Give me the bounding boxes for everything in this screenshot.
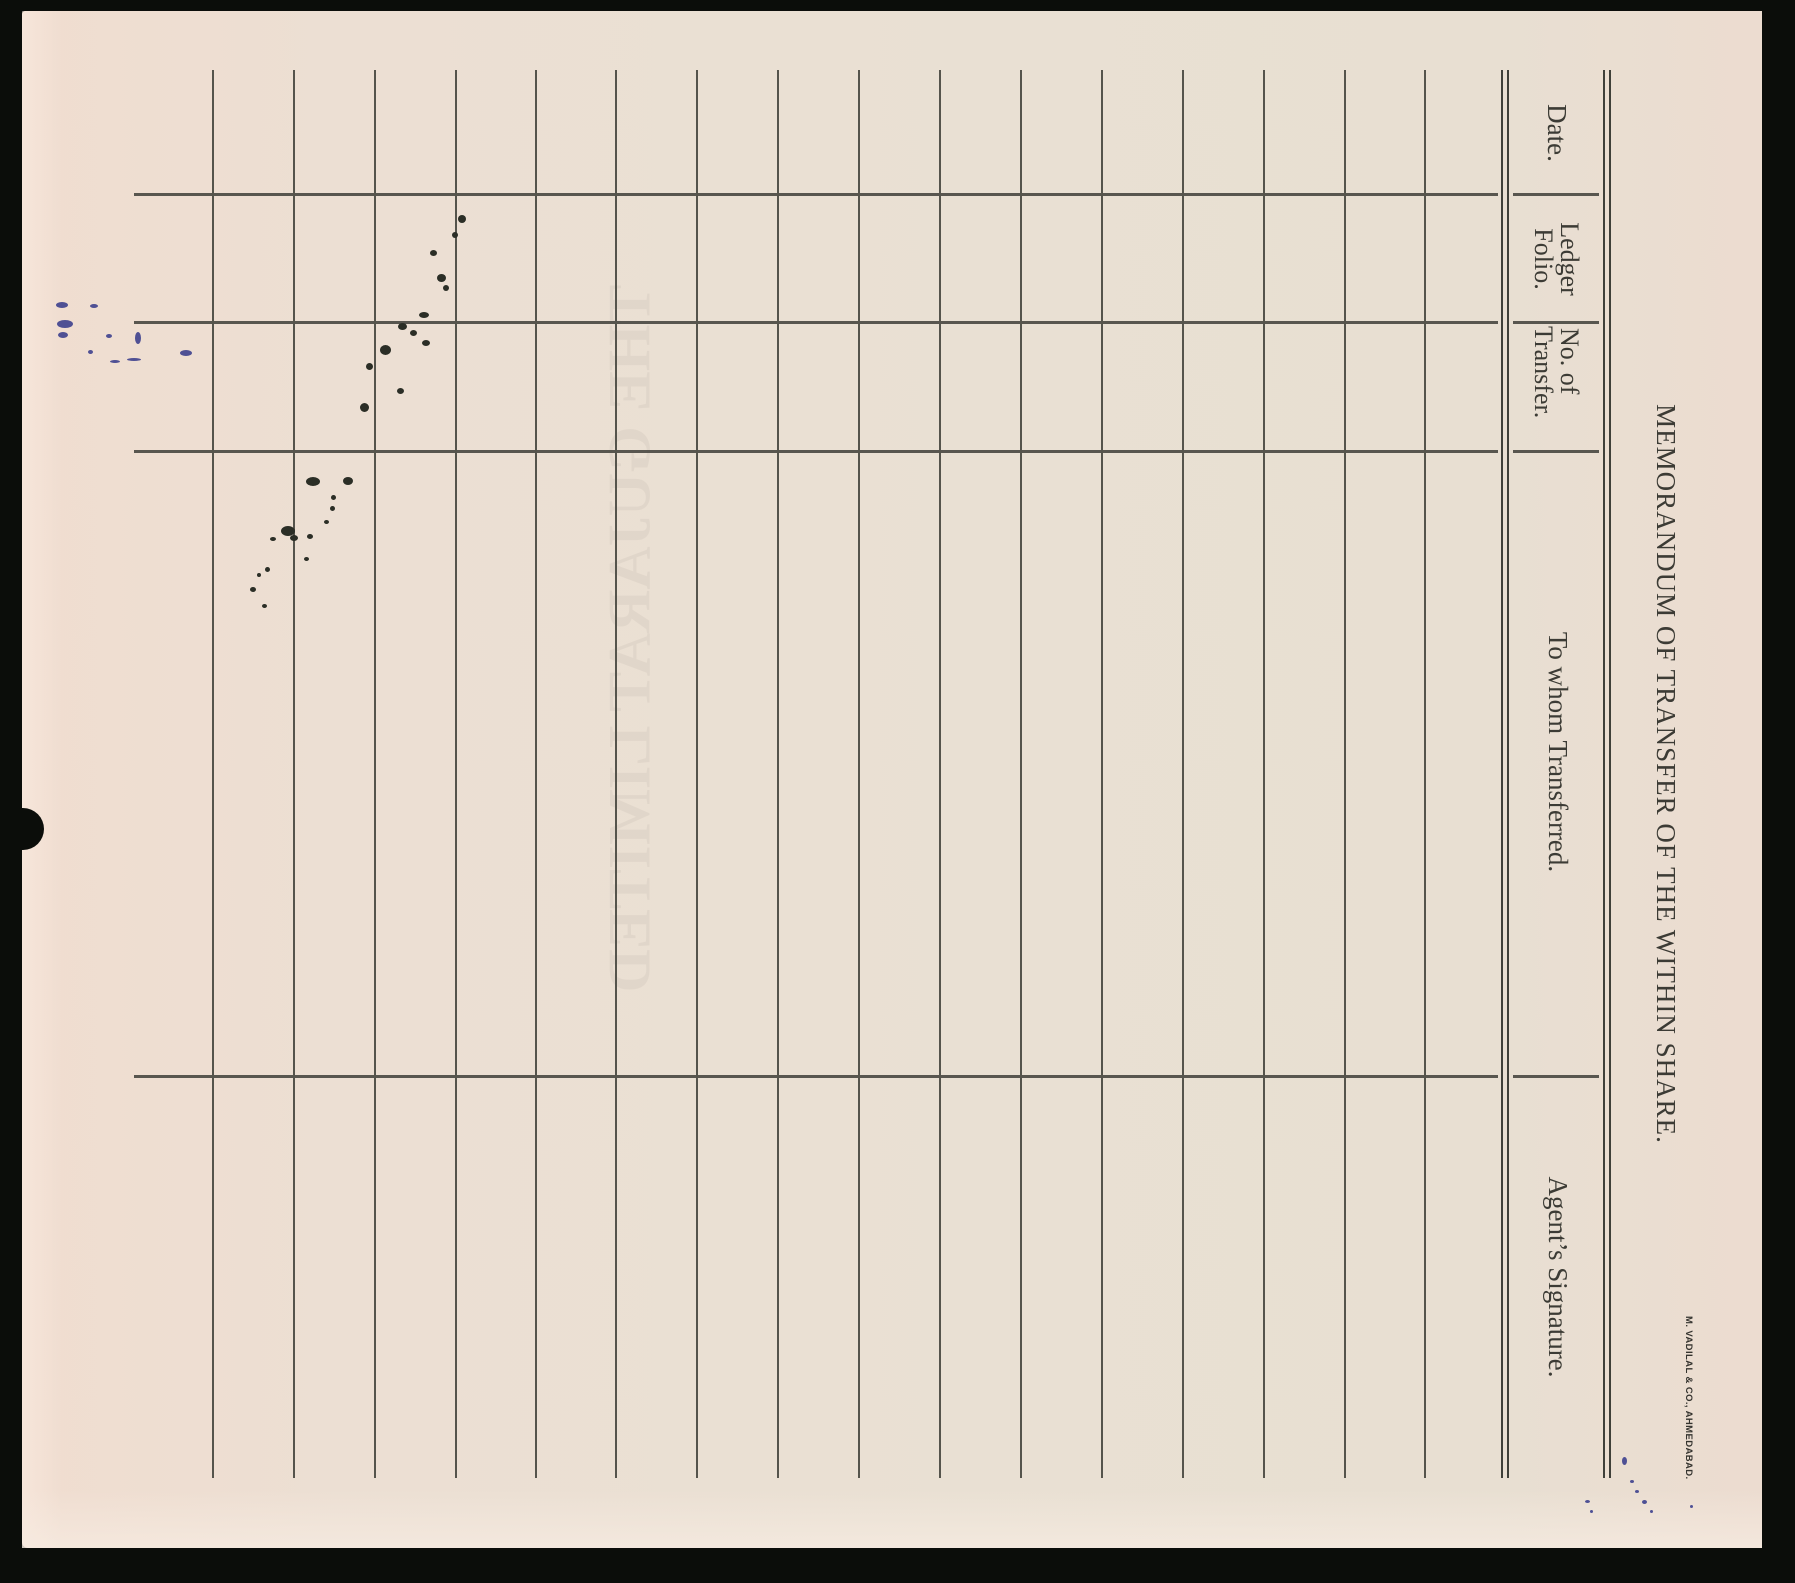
show-through-print: THE GUJARAT LIMITED (596, 285, 665, 1185)
column-header-agent-signature: Agent’s Signature. (1541, 1147, 1571, 1407)
row-rule-2 (134, 321, 1498, 324)
column-header-no-of-transfer: No. of Transfer. (1526, 326, 1582, 446)
entry-column-rule (615, 70, 617, 1478)
entry-column-rule (696, 70, 698, 1478)
entry-column-rule (939, 70, 941, 1478)
header-double-rule-right-a (1603, 70, 1605, 1478)
paper-fold-shading (22, 11, 62, 1548)
column-header-date: Date. (1540, 73, 1570, 193)
entry-column-rule (1424, 70, 1426, 1478)
entry-column-rule (212, 70, 214, 1478)
row-rule-3 (134, 450, 1498, 453)
column-header-ledger-folio: Ledger Folio. (1526, 201, 1582, 317)
perforated-edge (1756, 11, 1768, 1548)
entry-column-rule (858, 70, 860, 1478)
column-header-to-whom-transferred: To whom Transferred. (1541, 532, 1571, 972)
header-rule-4 (1513, 1075, 1599, 1078)
paper-bottom-margin (22, 1490, 1762, 1548)
printer-imprint: M. VADILAL & CO., AHMEDABAD. (1682, 1316, 1694, 1476)
entry-column-rule (1020, 70, 1022, 1478)
no-of-label: No. of (1556, 326, 1582, 446)
row-rule-4 (134, 1075, 1498, 1078)
ledger-label: Ledger (1556, 201, 1582, 317)
entry-column-rule (1263, 70, 1265, 1478)
entry-column-rule (1182, 70, 1184, 1478)
header-rule-2 (1513, 321, 1599, 324)
transfer-label: Transfer. (1530, 326, 1556, 446)
header-rule-3 (1513, 450, 1599, 453)
folio-label: Folio. (1530, 201, 1556, 317)
entry-column-rule (535, 70, 537, 1478)
header-double-rule-right-b (1609, 70, 1611, 1478)
entry-column-rule (374, 70, 376, 1478)
header-rule-1 (1513, 193, 1599, 196)
entry-column-rule (293, 70, 295, 1478)
header-double-rule-left-b (1507, 70, 1509, 1478)
header-double-rule-left-a (1501, 70, 1503, 1478)
document-title: MEMORANDUM OF TRANSFER OF THE WITHIN SHA… (1649, 304, 1681, 1244)
entry-column-rule (1344, 70, 1346, 1478)
entry-column-rule (777, 70, 779, 1478)
entry-column-rule (455, 70, 457, 1478)
entry-column-rule (1101, 70, 1103, 1478)
row-rule-1 (134, 193, 1498, 196)
